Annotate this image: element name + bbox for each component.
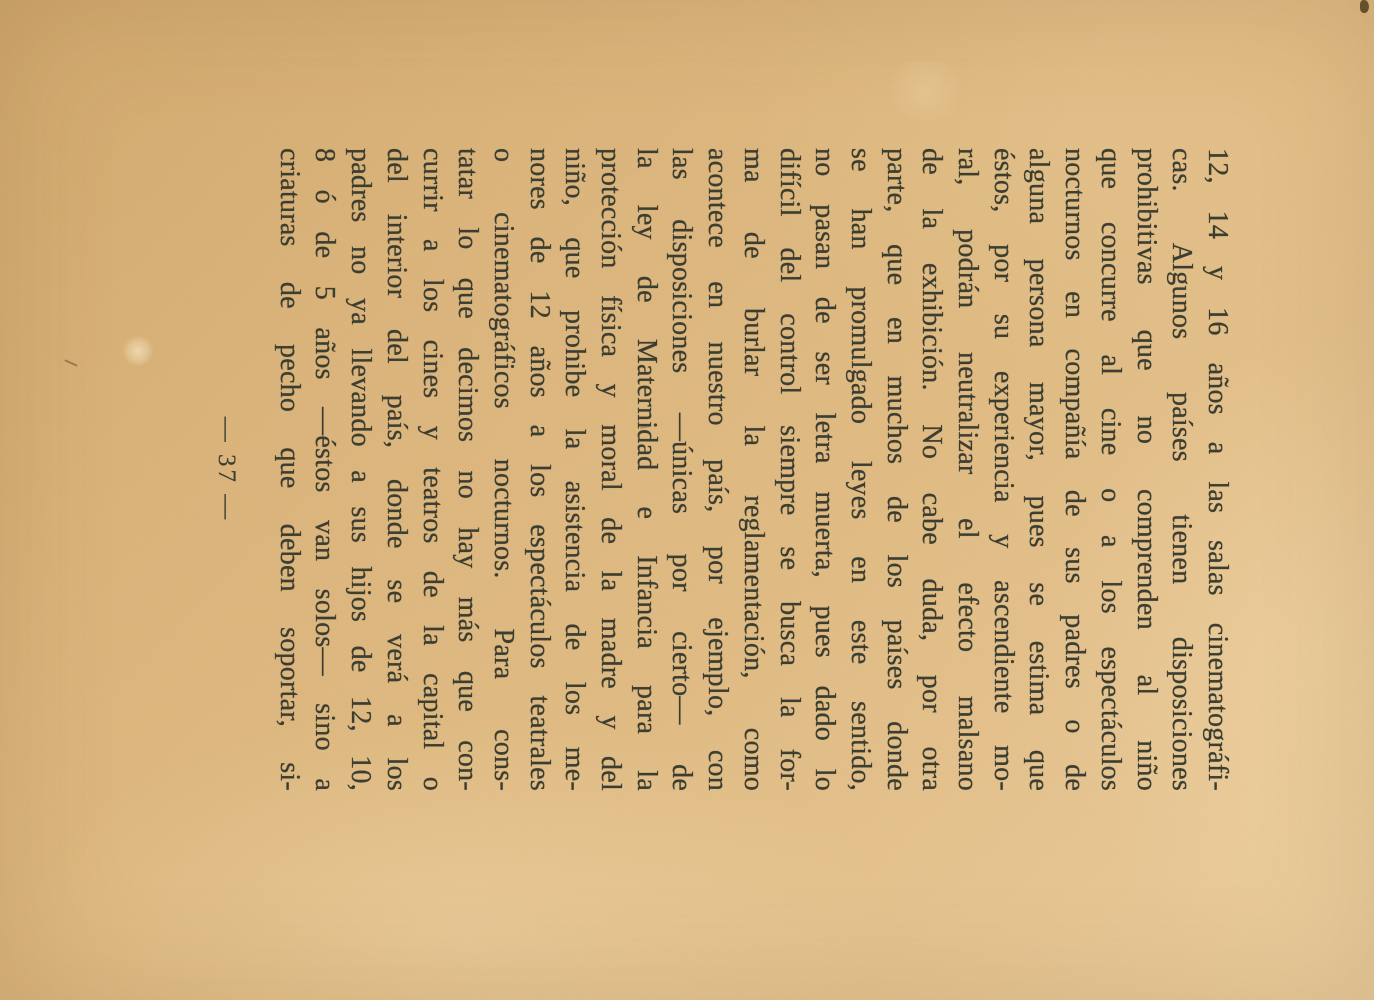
text-line: niño, que prohibe la asistencia de los m… — [557, 148, 593, 791]
text-line: o cinematográficos nocturnos. Para cons- — [485, 148, 521, 791]
page-text-block: 12, 14 y 16 años a las salas cinematográ… — [271, 148, 1235, 791]
text-line: que concurre al cine o a los espectáculo… — [1092, 148, 1128, 791]
text-line: difícil del control siempre se busca la … — [771, 148, 807, 791]
text-line: cas. Algunos países tienen disposiciones — [1164, 148, 1200, 791]
text-line: 8 ó de 5 años —éstos van solos— sino a — [307, 148, 343, 791]
text-line: acontece en nuestro país, por ejemplo, c… — [699, 148, 735, 791]
text-line: nores de 12 años a los espectáculos teat… — [521, 148, 557, 791]
book-page: 12, 14 y 16 años a las salas cinematográ… — [0, 0, 1374, 1000]
text-line: la ley de Maternidad e Infancia para la — [628, 148, 664, 791]
text-line: padres no ya llevando a sus hijos de 12,… — [342, 148, 378, 791]
text-line: se han promulgado leyes en este sentido, — [842, 148, 878, 791]
text-line: alguna persona mayor, pues se estima que — [1021, 148, 1057, 791]
text-line: tatar lo que decimos no hay más que con- — [450, 148, 486, 791]
text-line: ral, podrán neutralizar el efecto malsan… — [949, 148, 985, 791]
text-line: 12, 14 y 16 años a las salas cinematográ… — [1199, 148, 1235, 791]
text-line: nocturnos en compañía de sus padres o de — [1056, 148, 1092, 791]
text-line: del interior del país, donde se verá a l… — [378, 148, 414, 791]
page-number: — 37 — — [212, 148, 240, 791]
text-line: parte, que en muchos de los países donde — [878, 148, 914, 791]
text-line: éstos, por su experiencia y ascendiente … — [985, 148, 1021, 791]
text-line: no pasan de ser letra muerta, pues dado … — [807, 148, 843, 791]
text-line: criaturas de pecho que deben soportar, s… — [271, 148, 307, 791]
text-line: las disposiciones —únicas por cierto— de — [664, 148, 700, 791]
text-line: ma de burlar la reglamentación, como — [735, 148, 771, 791]
scanned-book-page: 12, 14 y 16 años a las salas cinematográ… — [0, 0, 1374, 1000]
text-line: currir a los cines y teatros de la capit… — [414, 148, 450, 791]
text-line: de la exhibición. No cabe duda, por otra — [914, 148, 950, 791]
text-line: prohibitivas que no comprenden al niño — [1128, 148, 1164, 791]
text-line: protección física y moral de la madre y … — [592, 148, 628, 791]
